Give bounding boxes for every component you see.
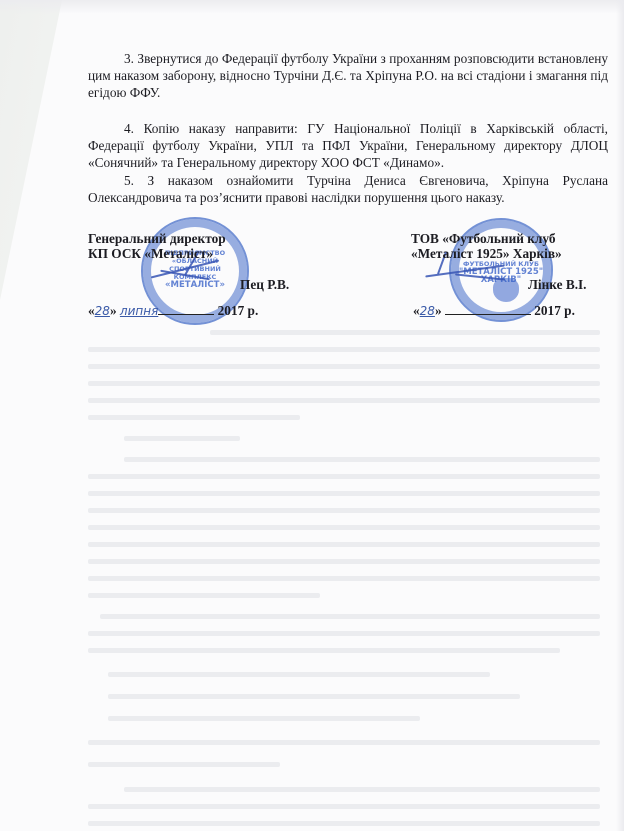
page-fold-shadow bbox=[0, 0, 70, 831]
paragraph-4: 4. Копію наказу направити: ГУ Національн… bbox=[88, 120, 608, 171]
quote-open: « bbox=[413, 303, 420, 318]
title-line: Генеральний директор bbox=[88, 231, 226, 246]
date-day: 28 bbox=[95, 304, 110, 318]
top-edge-shadow bbox=[0, 0, 624, 14]
quote-close: » bbox=[110, 303, 117, 318]
paragraph-3: 3. Звернутися до Федерації футболу Украї… bbox=[88, 50, 608, 101]
left-signature-date: «28» липня 2017 р. bbox=[88, 303, 258, 319]
quote-close: » bbox=[435, 303, 442, 318]
date-day: 28 bbox=[420, 304, 435, 318]
right-edge-shadow bbox=[616, 0, 624, 831]
paragraph-5: 5. З наказом ознайомити Турчіна Дениса Є… bbox=[88, 172, 608, 206]
title-line: ТОВ «Футбольний клуб bbox=[411, 231, 562, 246]
date-month: липня bbox=[120, 304, 158, 318]
right-signatory-name: Лінке В.І. bbox=[528, 277, 587, 292]
title-line: КП ОСК «Металіст» bbox=[88, 246, 226, 261]
date-year: 2017 р. bbox=[218, 303, 259, 318]
date-blank bbox=[158, 303, 214, 315]
quote-open: « bbox=[88, 303, 95, 318]
right-signature-date: «28» 2017 р. bbox=[413, 303, 575, 319]
date-blank bbox=[503, 303, 531, 315]
left-signatory-title: Генеральний директор КП ОСК «Металіст» bbox=[88, 231, 226, 261]
date-blank bbox=[445, 303, 503, 315]
title-line: «Металіст 1925» Харків» bbox=[411, 246, 562, 261]
date-year: 2017 р. bbox=[534, 303, 575, 318]
right-signatory-title: ТОВ «Футбольний клуб «Металіст 1925» Хар… bbox=[411, 231, 562, 261]
stamp-line: «МЕТАЛІСТ» bbox=[143, 281, 247, 289]
left-signatory-name: Пец Р.В. bbox=[240, 277, 289, 292]
